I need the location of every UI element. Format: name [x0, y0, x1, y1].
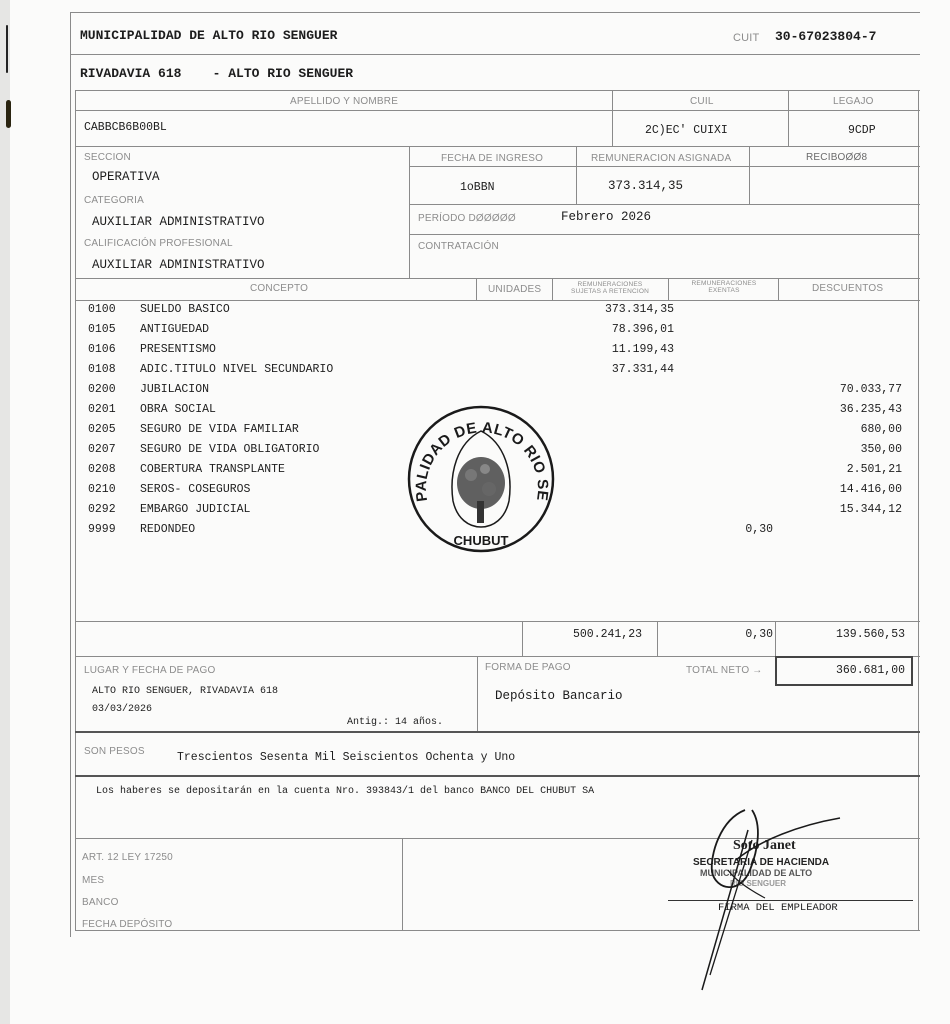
forma-pago-label: FORMA DE PAGO [485, 662, 571, 673]
divider [70, 12, 71, 937]
descuento-amount: 36.235,43 [782, 403, 902, 416]
son-pesos-value: Trescientos Sesenta Mil Seiscientos Oche… [177, 751, 515, 764]
divider [476, 278, 477, 300]
divider [522, 621, 523, 656]
employee-cuil: 2C)EC' CUIXI [645, 124, 728, 137]
divider [775, 621, 776, 656]
forma-pago-value: Depósito Bancario [495, 689, 623, 703]
divider [409, 204, 920, 205]
descuento-amount: 15.344,12 [782, 503, 902, 516]
fecha-ingreso-label: FECHA DE INGRESO [441, 153, 543, 164]
divider [918, 90, 919, 930]
concept-code: 0106 [88, 343, 116, 356]
concept-code: 0108 [88, 363, 116, 376]
concept-description: JUBILACION [140, 383, 209, 396]
concept-code: 0100 [88, 303, 116, 316]
descuento-amount: 680,00 [782, 423, 902, 436]
rem-sujetas-header-line1: REMUNERACIONES [556, 281, 664, 288]
concept-description: SUELDO BASICO [140, 303, 230, 316]
exento-amount: 0,30 [673, 523, 773, 536]
seccion-label: SECCION [84, 152, 131, 163]
concept-code: 0201 [88, 403, 116, 416]
divider [576, 146, 577, 204]
total-neto-label: TOTAL NETO → [686, 665, 763, 676]
remunerativo-amount: 11.199,43 [554, 343, 674, 356]
descuentos-header: DESCUENTOS [812, 283, 883, 294]
seccion-value: OPERATIVA [92, 170, 160, 184]
periodo-value: Febrero 2026 [561, 210, 651, 224]
unidades-header: UNIDADES [488, 284, 541, 295]
concept-description: PRESENTISMO [140, 343, 216, 356]
divider [70, 12, 920, 13]
divider [612, 90, 613, 146]
cuit-label: CUIT [733, 32, 759, 44]
concept-description: EMBARGO JUDICIAL [140, 503, 250, 516]
divider [402, 838, 403, 930]
concept-code: 0207 [88, 443, 116, 456]
rem-exentas-header-line1: REMUNERACIONES [672, 280, 776, 287]
divider [75, 90, 76, 930]
divider [75, 278, 920, 279]
cuit-value: 30-67023804-7 [775, 29, 876, 44]
concept-code: 0105 [88, 323, 116, 336]
concept-description: COBERTURA TRANSPLANTE [140, 463, 285, 476]
divider [75, 731, 920, 733]
concept-code: 0292 [88, 503, 116, 516]
employer-address: RIVADAVIA 618 - ALTO RIO SENGUER [80, 66, 353, 81]
periodo-label: PERÍODO DØØØØØ [418, 213, 516, 224]
signature-line [668, 900, 913, 901]
legajo-label: LEGAJO [833, 96, 874, 107]
calificacion-value: AUXILIAR ADMINISTRATIVO [92, 258, 265, 272]
rem-sujetas-header: REMUNERACIONES SUJETAS A RETENCION [556, 281, 664, 295]
concept-description: REDONDEO [140, 523, 195, 536]
concepto-header: CONCEPTO [250, 283, 308, 294]
signer-org-1: MUNICIPALIDAD DE ALTO [700, 868, 812, 878]
signer-title: SECRETARIA DE HACIENDA [693, 857, 829, 868]
divider [668, 278, 669, 300]
art-ley-label: ART. 12 LEY 17250 [82, 852, 173, 863]
total-descuentos: 139.560,53 [780, 628, 905, 641]
fecha-deposito-label: FECHA DEPÓSITO [82, 919, 172, 930]
remuneracion-value: 373.314,35 [608, 179, 683, 193]
categoria-label: CATEGORIA [84, 195, 144, 206]
rem-sujetas-header-line2: SUJETAS A RETENCION [556, 288, 664, 295]
antiguedad: Antig.: 14 años. [347, 717, 443, 728]
signer-org-2: RIO SENGUER [730, 879, 786, 888]
divider [749, 146, 750, 204]
divider [75, 146, 920, 147]
rem-exentas-header-line2: EXENTAS [672, 287, 776, 294]
employer-name: MUNICIPALIDAD DE ALTO RIO SENGUER [80, 28, 337, 43]
name-label: APELLIDO Y NOMBRE [290, 96, 398, 107]
scan-edge [0, 0, 10, 1024]
total-neto-value: 360.681,00 [780, 664, 905, 677]
employee-name: CABBCB6B00BL [84, 121, 167, 134]
divider [75, 930, 920, 931]
concept-code: 0210 [88, 483, 116, 496]
total-exento: 0,30 [665, 628, 773, 641]
divider [409, 166, 920, 167]
remunerativo-amount: 78.396,01 [554, 323, 674, 336]
contratacion-label: CONTRATACIÓN [418, 241, 499, 252]
concept-description: SEGURO DE VIDA FAMILIAR [140, 423, 299, 436]
remunerativo-amount: 373.314,35 [554, 303, 674, 316]
concept-description: ADIC.TITULO NIVEL SECUNDARIO [140, 363, 333, 376]
banco-label: BANCO [82, 897, 119, 908]
fecha-ingreso-value: 1oBBN [460, 181, 495, 194]
divider [657, 621, 658, 656]
divider [552, 278, 553, 300]
divider [75, 90, 920, 91]
municipal-seal-icon: MUNICIPALIDAD DE ALTO RIO SENGUER CHUBUT [405, 403, 557, 555]
concept-code: 9999 [88, 523, 116, 536]
remuneracion-label: REMUNERACION ASIGNADA [591, 153, 731, 164]
divider [778, 278, 779, 300]
deposit-note: Los haberes se depositarán en la cuenta … [96, 786, 594, 797]
descuento-amount: 350,00 [782, 443, 902, 456]
concept-description: SEROS- COSEGUROS [140, 483, 250, 496]
lugar-label: LUGAR Y FECHA DE PAGO [84, 665, 215, 676]
svg-text:CHUBUT: CHUBUT [454, 533, 509, 548]
scan-mark [6, 100, 11, 128]
remunerativo-amount: 37.331,44 [554, 363, 674, 376]
mes-label: MES [82, 875, 104, 886]
divider [70, 54, 920, 55]
divider [409, 234, 920, 235]
concept-code: 0208 [88, 463, 116, 476]
divider [788, 90, 789, 146]
divider [75, 775, 920, 777]
scan-mark [6, 25, 8, 73]
son-pesos-label: SON PESOS [84, 746, 145, 757]
lugar-value: ALTO RIO SENGUER, RIVADAVIA 618 [92, 686, 278, 697]
cuil-label: CUIL [690, 96, 714, 107]
concept-description: ANTIGUEDAD [140, 323, 209, 336]
fecha-pago: 03/03/2026 [92, 704, 152, 715]
firma-label: FIRMA DEL EMPLEADOR [718, 902, 838, 914]
employee-legajo: 9CDP [848, 124, 876, 137]
divider [75, 110, 920, 111]
descuento-amount: 2.501,21 [782, 463, 902, 476]
recibo-label: RECIBOØØ8 [806, 152, 867, 163]
concept-code: 0205 [88, 423, 116, 436]
categoria-value: AUXILIAR ADMINISTRATIVO [92, 215, 265, 229]
total-remunerativo: 500.241,23 [530, 628, 642, 641]
concept-description: SEGURO DE VIDA OBLIGATORIO [140, 443, 319, 456]
signer-name: Soto Janet [733, 838, 796, 854]
divider [75, 300, 920, 301]
divider [75, 621, 920, 622]
descuento-amount: 70.033,77 [782, 383, 902, 396]
descuento-amount: 14.416,00 [782, 483, 902, 496]
concept-code: 0200 [88, 383, 116, 396]
divider [477, 656, 478, 731]
rem-exentas-header: REMUNERACIONES EXENTAS [672, 280, 776, 294]
calificacion-label: CALIFICACIÓN PROFESIONAL [84, 238, 233, 249]
concept-description: OBRA SOCIAL [140, 403, 216, 416]
